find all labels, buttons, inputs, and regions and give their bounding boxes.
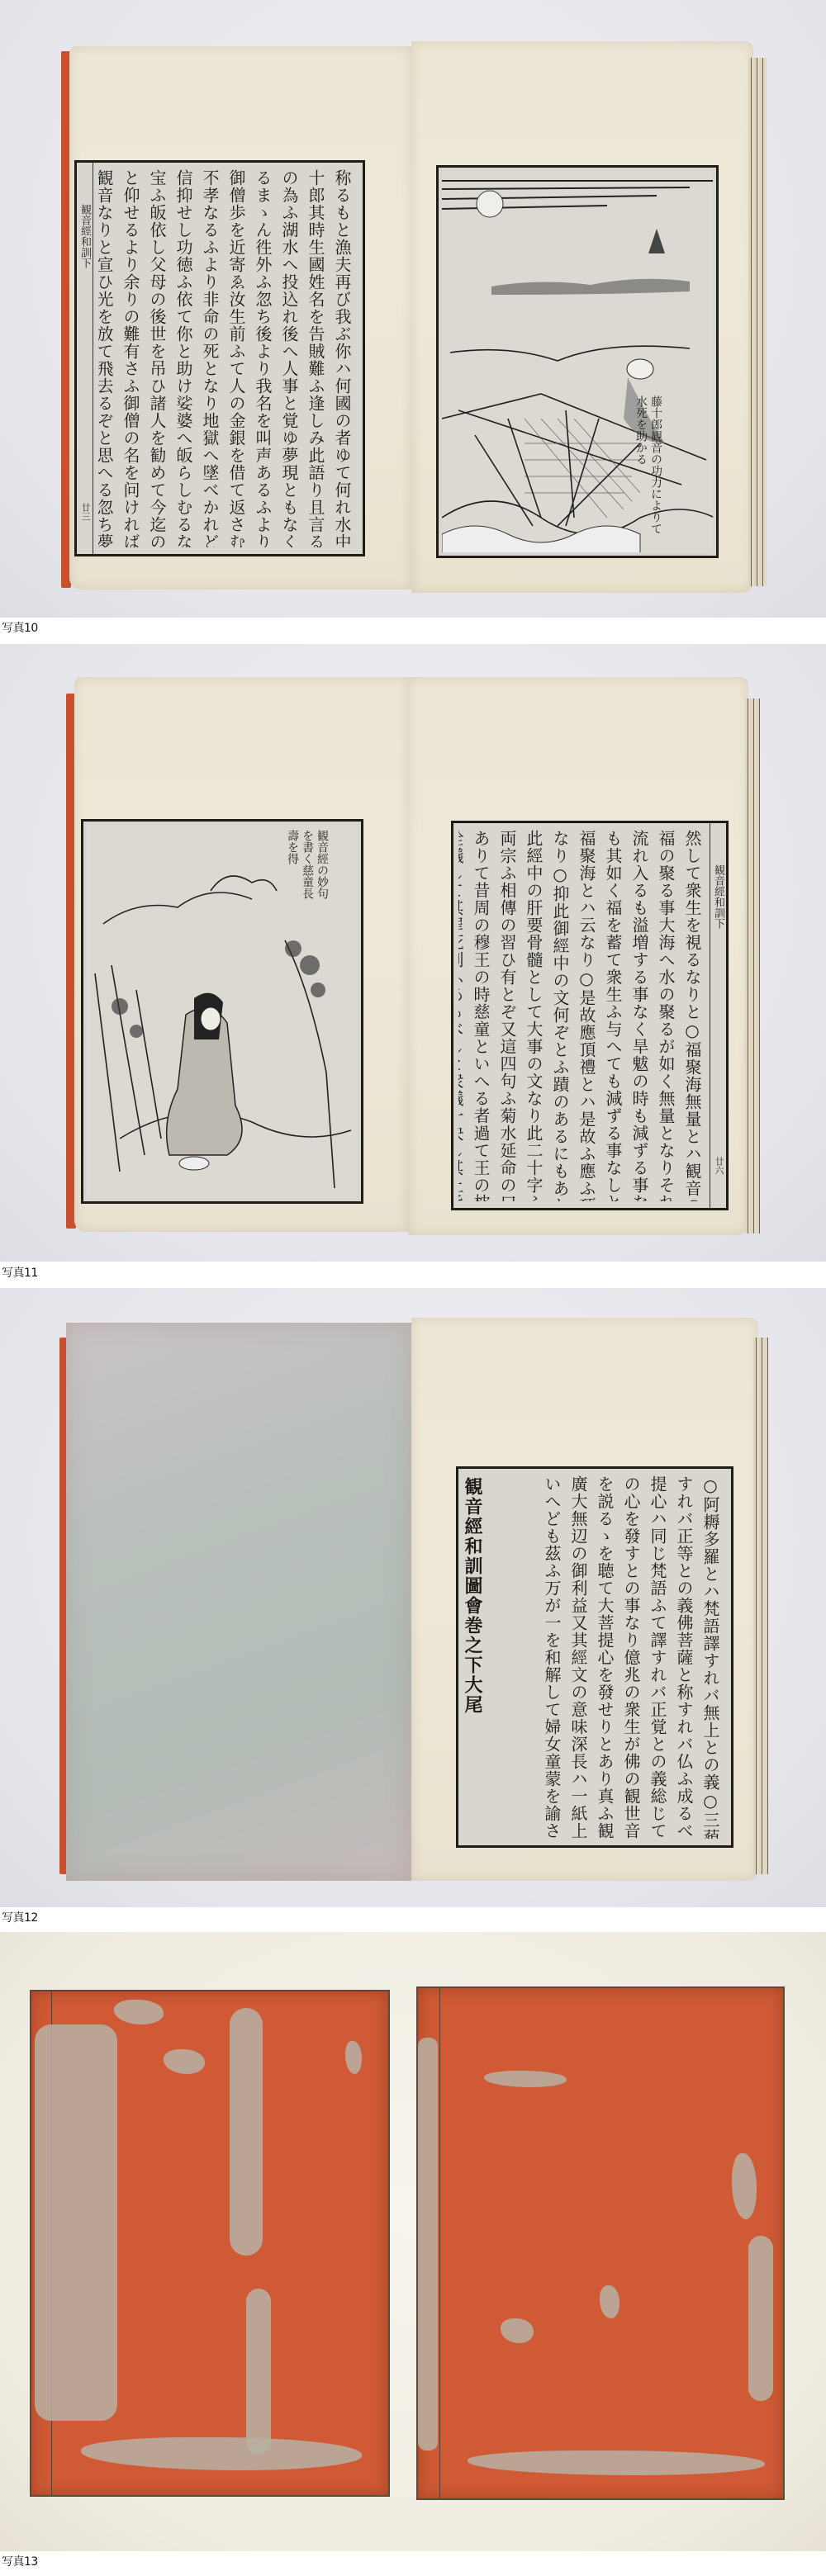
text-frame: 観音經和訓下 廿三 称るもと漁夫再び我ぶ你ハ何國の者ゆて何れ水中へ没るをと问ふ … (74, 160, 365, 556)
illustration-caption: 観音經の妙句を書く慈童長壽を得 (285, 830, 330, 904)
text-column: の心を發すとの事なり億兆の衆生が佛の観世音の功徳神通力 (619, 1475, 643, 1839)
open-book: 観音經和訓下 廿三 称るもと漁夫再び我ぶ你ハ何國の者ゆて何れ水中へ没るをと问ふ … (0, 0, 826, 618)
page-edges (748, 58, 767, 586)
open-book: 観音經の妙句を書く慈童長壽を得 観音經和訓下 廿六 然して衆生を視るなりと○福聚… (0, 644, 826, 1262)
text-columns: 然して衆生を視るなりと○福聚海無量とハ観音の功徳を 福の聚る事大海へ水の聚るが如… (458, 830, 705, 1201)
text-column: 提心ハ同じ梵語ふて譯すれバ正覚との義総じて無上正等正覚 (645, 1475, 670, 1839)
text-column: るまゝん徃外ふ忽ち後より我名を叫声あるふより振顧ふ拿け (250, 169, 275, 547)
text-column: 御僧歩を近寄ゑ汝生前ふて人の金銀を借て返さむ剰へ父母ふ (224, 169, 249, 547)
hashira-title: 観音經和訓下 廿六 (710, 823, 726, 1208)
volume-1-cover (30, 1990, 390, 2497)
photo-caption: 写真12 (2, 1911, 38, 1925)
text-column: 福聚海とハ云なり○是故應頂禮とハ是故ふ應ふ頂礼拝すべしと (574, 830, 599, 1201)
photo-10: 観音經和訓下 廿三 称るもと漁夫再び我ぶ你ハ何國の者ゆて何れ水中へ没るをと问ふ … (0, 0, 826, 618)
illustration: 観音經の妙句を書く慈童長壽を得 (87, 825, 358, 1198)
photo-caption: 写真10 (2, 621, 38, 636)
text-column: 廣大無辺の御利益又其經文の意味深長ハ一紙上ふ述尽し難きと (566, 1475, 591, 1839)
left-page: 観音經の妙句を書く慈童長壽を得 (74, 677, 408, 1232)
open-book: 観音經和訓圖會巻之下大尾 ○阿耨多羅とハ梵語譯すれバ無上との義○三藐も梵語譯 す… (0, 1288, 826, 1907)
text-column: 詮議して其罪死刑ふあるべしと衆議一決し其上旨を奏しければ (458, 830, 467, 1201)
illustration-frame: 藤十郎観音の功力によりて水死を助かる (436, 165, 719, 558)
illustration: 藤十郎観音の功力によりて水死を助かる (442, 171, 713, 552)
text-frame: 観音經和訓下 廿六 然して衆生を視るなりと○福聚海無量とハ観音の功徳を 福の聚る… (451, 821, 729, 1210)
text-frame: 観音經和訓圖會巻之下大尾 ○阿耨多羅とハ梵語譯すれバ無上との義○三藐も梵語譯 す… (456, 1466, 733, 1848)
text-column: 流れ入るも溢増する事なく旱魃の時も減ずる事なし観音の功徳 (627, 830, 652, 1201)
text-column: の為ふ湖水へ投込れ後へ人事と覚ゆ夢現ともなく晴れ野路と其所 (277, 169, 301, 547)
page-edges (745, 698, 760, 1234)
text-columns: 称るもと漁夫再び我ぶ你ハ何國の者ゆて何れ水中へ没るをと问ふ 十郎其時生國姓名を告… (98, 169, 354, 547)
text-columns: ○阿耨多羅とハ梵語譯すれバ無上との義○三藐も梵語譯 すれバ正等との義佛菩薩と称す… (541, 1475, 723, 1839)
text-column: 信抑せし功徳ふ依て你と助け娑婆へ皈らしむるなり以後ハ心と改め三 (171, 169, 196, 547)
right-page: 観音經和訓圖會巻之下大尾 ○阿耨多羅とハ梵語譯すれバ無上との義○三藐も梵語譯 す… (411, 1318, 758, 1881)
text-column: なり○抑此御經中の文何ぞとふ蹟のあるにもあれど別して此四句二十字を (548, 830, 572, 1201)
illustration-frame: 観音經の妙句を書く慈童長壽を得 (81, 819, 363, 1204)
text-column: 不孝なるふより非命の死となり地獄へ墜べかれども你が父我と多年 (197, 169, 222, 547)
text-column: を説るゝを聴て大菩提心を發せりとあり真ふ観世音菩薩の (592, 1475, 617, 1839)
colophon-title: 観音經和訓圖會巻之下大尾 (460, 1477, 486, 1750)
text-column: 然して衆生を視るなりと○福聚海無量とハ観音の功徳を (680, 830, 705, 1201)
text-column: も其如く福を蓄て衆生ふ与へても減ずる事なしとの喩にして (601, 830, 625, 1201)
text-column: 宝ふ皈依し父母の後世を吊ひ諸人を勧めて今迄の罪障を挿よ (145, 169, 169, 547)
photo-11: 観音經の妙句を書く慈童長壽を得 観音經和訓下 廿六 然して衆生を視るなりと○福聚… (0, 644, 826, 1262)
binding-stitch (439, 1988, 440, 2498)
inside-back-cover (66, 1323, 411, 1881)
volume-2-cover (416, 1986, 785, 2500)
illustration-caption: 藤十郎観音の功力によりて水死を助かる (634, 395, 663, 536)
text-column: 観音なりと宣ひ光を放て飛去るぞと思へる忽ち夢の覚るが心地して目 (98, 169, 116, 547)
text-column: 称るもと漁夫再び我ぶ你ハ何國の者ゆて何れ水中へ没るをと问ふ (330, 169, 354, 547)
right-page: 藤十郎観音の功力によりて水死を助かる (411, 41, 753, 593)
page-edges (753, 1338, 768, 1874)
page-number: 廿三 (78, 503, 92, 521)
photo-caption: 写真11 (2, 1266, 38, 1281)
photo-caption: 写真13 (2, 2555, 38, 2569)
text-column: 両宗ふ相傳の習ひ有とぞ又這四句ふ菊水延命の口傳と云事 (495, 830, 520, 1201)
photo-12: 観音經和訓圖會巻之下大尾 ○阿耨多羅とハ梵語譯すれバ無上との義○三藐も梵語譯 す… (0, 1288, 826, 1907)
text-column: 此經中の肝要骨髓として大事の文なり此二十字ふ就て八天台真言 (521, 830, 546, 1201)
fisherman-illustration (442, 171, 713, 552)
text-column: すれバ正等との義佛菩薩と称すれバ仏ふ成るべき字義なり○三菩 (672, 1475, 696, 1839)
text-column: 十郎其時生國姓名を告賊難ふ逢しみ此語り且言るが我賊 (303, 169, 328, 547)
text-column: いへども茲ふ万が一を和解して婦女童蒙を諭さんとするなり信ずべし (541, 1475, 564, 1839)
left-page: 観音經和訓下 廿三 称るもと漁夫再び我ぶ你ハ何國の者ゆて何れ水中へ没るをと问ふ … (69, 46, 411, 590)
text-column: 福の聚る事大海へ水の聚るが如く無量となりそれ大海ハ萬川 (653, 830, 678, 1201)
text-column: ありて昔周の穆王の時慈童といへる者過て王の枕を越ければ群臣 (468, 830, 493, 1201)
right-page: 観音經和訓下 廿六 然して衆生を視るなりと○福聚海無量とハ観音の功徳を 福の聚る… (408, 677, 748, 1235)
hashira-title: 観音經和訓下 廿三 (77, 163, 93, 554)
text-column: ○阿耨多羅とハ梵語譯すれバ無上との義○三藐も梵語譯 (698, 1475, 723, 1839)
page-number: 廿六 (712, 1157, 725, 1175)
text-column: と仰せるより余りの難有さふ御僧の名を问ければ我ハ你が守護する (118, 169, 143, 547)
photo-13 (0, 1932, 826, 2551)
